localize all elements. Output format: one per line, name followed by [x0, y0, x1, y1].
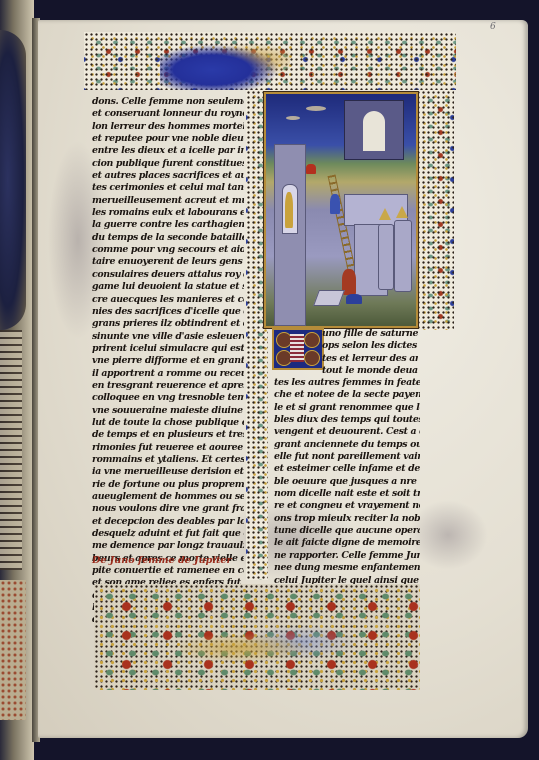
facing-page-text	[0, 330, 22, 570]
text-line: me demence par longz trauaulz et la	[92, 540, 244, 552]
text-line: prirent icelui simulacre qui estoit en	[92, 343, 244, 355]
facing-page-miniature	[0, 30, 26, 330]
water-stain	[408, 500, 488, 570]
text-line: grant anciennete du temps ou quel	[274, 439, 420, 451]
text-line: che et notee de la secte payenne fut de …	[274, 389, 420, 401]
text-line: grans prieres ilz obtindrent et de pes	[92, 318, 244, 330]
right-floral-border	[416, 90, 454, 330]
cloud-icon	[306, 106, 326, 111]
text-line: et conseruant lonneur du royne. Amb se	[92, 108, 244, 120]
facing-page-border	[0, 580, 26, 720]
text-line: nom dicelle nait este et soit tresnotoi	[274, 488, 420, 500]
text-line: vne pierre difforme et en grant du	[92, 355, 244, 367]
text-line: nee dung mesme enfantement auec	[274, 562, 420, 574]
text-line: vengent et deuourent. Cest a dire la	[274, 426, 420, 438]
text-line: et reputee pour vne noble dieuesse et	[92, 133, 244, 145]
text-line: re et congneu et vrayement nous pou	[274, 500, 420, 512]
text-line: ble oeuure que jusques a nre temps le	[274, 476, 420, 488]
text-line: consulaires deuers attalus roy de per	[92, 269, 244, 281]
rubric-heading: De Juno femme de Jupiter	[92, 555, 232, 566]
text-line: lut de toute la chose publique ou par mo…	[92, 417, 244, 429]
text-line: tes et lerreur des anciens par	[322, 353, 418, 365]
text-line: tes les autres femmes in feates de la ta	[274, 377, 420, 389]
text-line: rie de fortune ou plus proprement vng	[92, 479, 244, 491]
text-line: tune dicelle que aucune operacion qil	[274, 525, 420, 537]
text-line: cre auecques les manieres et cerimo	[92, 294, 244, 306]
text-line: comme pour vng secours et aide salu	[92, 244, 244, 256]
text-line: game lui deuoient la statue et simula	[92, 281, 244, 293]
text-line: dons. Celle femme non seulement acquise	[92, 96, 244, 108]
text-line: du temps de la seconde bataille punique	[92, 232, 244, 244]
text-line: la guerre contre les carthagiens qui	[92, 219, 244, 231]
workman-figure	[306, 164, 316, 174]
tower-roof-icon	[379, 208, 391, 220]
text-line: lon lerreur des hommes mortelz fut eue	[92, 121, 244, 133]
text-line: les romains eulx et labourans en	[92, 207, 244, 219]
acanthus-leaf-icon	[160, 40, 290, 90]
text-line: entre les dieux et a icelle par institu	[92, 145, 244, 157]
initial-medallion	[304, 332, 320, 348]
text-line: ops selon les dictes des poe	[322, 340, 418, 352]
text-line: tout le monde deuant tou	[322, 365, 418, 377]
historiated-initial	[272, 328, 324, 370]
statue-figure	[285, 192, 293, 228]
text-line: ons trop mieulx reciter la noble for	[274, 513, 420, 525]
round-tower-icon	[394, 220, 412, 292]
text-line: aueuglement de hommes ou se mieulx	[92, 491, 244, 503]
text-line: desquelz aduint et fut fait que ceste se	[92, 528, 244, 540]
text-line: rimonies fut reueree et aouree par les	[92, 442, 244, 454]
text-line: elle fut nont pareillement vainquer	[274, 451, 420, 463]
text-line: de temps et en plusieurs et tresgrans ce	[92, 429, 244, 441]
text-line: et esteimer celle infame et detesta	[274, 463, 420, 475]
text-line: nies des sacrifices d'icelle que de lui …	[92, 306, 244, 318]
text-line: tes cerimonies et celui mal tant encre	[92, 182, 244, 194]
gold-scroll-icon	[180, 618, 380, 678]
miniature-painting	[264, 92, 418, 328]
right-text-opening: uno fille de saturne et de ops selon les…	[322, 328, 418, 377]
text-line: et decepcion des deables par lo peracion	[92, 516, 244, 528]
text-line: le ait faicte digne de memoire dire	[274, 537, 420, 549]
left-text-column: dons. Celle femme non seulement acquise …	[92, 96, 244, 627]
text-line: vne souueraine maieste diuine et le sa	[92, 405, 244, 417]
facing-page-edge	[0, 0, 34, 760]
cloud-icon	[286, 116, 300, 120]
text-line: le et si grant renommee que les tauf	[274, 402, 420, 414]
chapel-icon	[344, 100, 404, 160]
text-line: en tresgrant reuerence et apres ce fut	[92, 380, 244, 392]
text-line: ia vne merueilleuse derision et mocq	[92, 466, 244, 478]
text-line: uno fille de saturne et de	[322, 328, 418, 340]
ruined-tower-icon	[274, 144, 306, 326]
text-line: pite conuertie et ramenee en cendres	[92, 565, 244, 577]
text-line: rommains et ytaliens. Et certes cestoit	[92, 454, 244, 466]
text-line: ne rapporter. Celle femme Juno fut	[274, 550, 420, 562]
initial-letter-i	[290, 334, 304, 362]
text-line: il apportrent a romme ou receu fut	[92, 368, 244, 380]
stone-block-icon	[313, 290, 345, 306]
text-line: merueilleusement acreut et multiplia que	[92, 195, 244, 207]
round-tower-icon	[378, 224, 394, 290]
text-line: nous voulons dire vne grant fraulde	[92, 503, 244, 515]
folio-number: 6	[490, 22, 496, 32]
mason-legs	[346, 294, 362, 304]
text-line: sinunte vne ville d'asie esleuerent et	[92, 331, 244, 343]
text-line: et autres places sacrifices et autres fa…	[92, 170, 244, 182]
text-line: cion publique furent constitues temples	[92, 158, 244, 170]
initial-medallion	[304, 350, 320, 366]
text-line: bles diux des temps qui toutes choses	[274, 414, 420, 426]
climbing-figure	[330, 194, 340, 214]
tower-roof-icon	[396, 206, 408, 218]
text-line: colloquee en vng tresnoble temple ou	[92, 392, 244, 404]
text-line: taire enuoyerent de leurs gens hommes	[92, 256, 244, 268]
